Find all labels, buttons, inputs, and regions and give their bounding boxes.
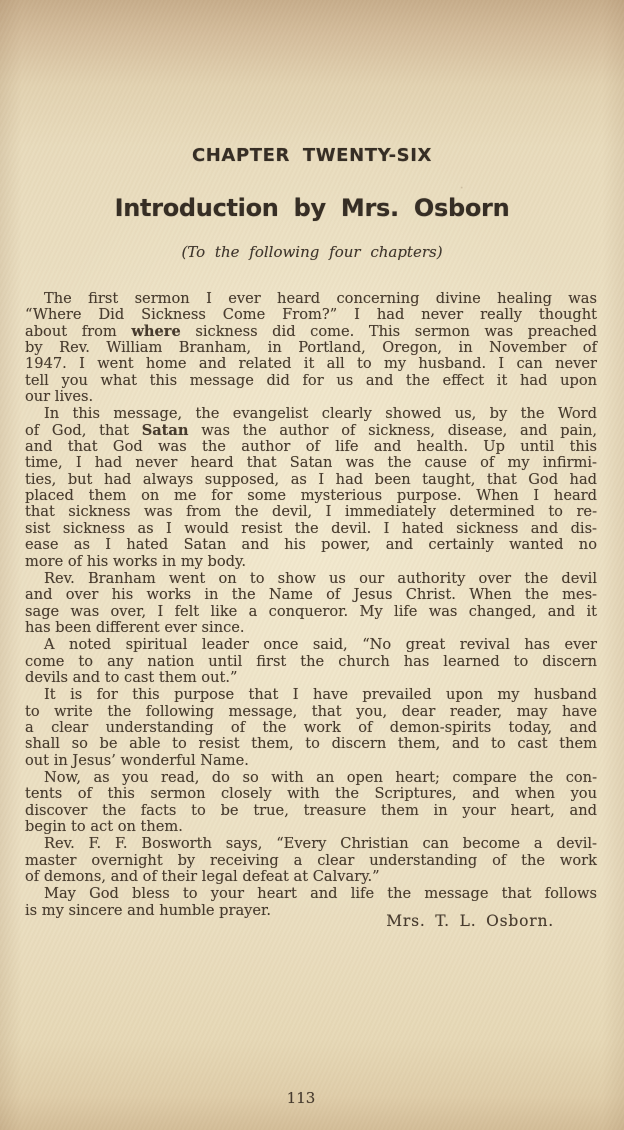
text-line: May God bless to your heart and life the… — [25, 886, 597, 902]
text-line: sage was over, I felt like a conqueror. … — [25, 604, 597, 620]
text-line: ease as I hated Satan and his power, and… — [25, 537, 597, 553]
page-number: 113 — [0, 1089, 613, 1107]
text-line: devils and to cast them out.” — [25, 670, 597, 686]
text-line: of God, that Satan was the author of sic… — [25, 423, 597, 439]
text-line: by Rev. William Branham, in Portland, Or… — [25, 340, 597, 356]
text-line: and over his works in the Name of Jesus … — [25, 587, 597, 603]
text-line: In this message, the evangelist clearly … — [25, 406, 597, 422]
text-line: discover the facts to be true, treasure … — [25, 803, 597, 819]
text-line: our lives. — [25, 389, 597, 405]
text-line: Now, as you read, do so with an open hea… — [25, 770, 597, 786]
paragraph: Rev. Branham went on to show us our auth… — [25, 571, 597, 636]
text-line: begin to act on them. — [25, 819, 597, 835]
text-line: come to any nation until first the churc… — [25, 654, 597, 670]
text-line: It is for this purpose that I have preva… — [25, 687, 597, 703]
text-line: tell you what this message did for us an… — [25, 373, 597, 389]
text-line: out in Jesus’ wonderful Name. — [25, 753, 597, 769]
signature: Mrs. T. L. Osborn. — [386, 912, 554, 930]
text-line: “Where Did Sickness Come From?” I had ne… — [25, 307, 597, 323]
text-line: about from where sickness did come. This… — [25, 324, 597, 340]
text-line: placed them on me for some mysterious pu… — [25, 488, 597, 504]
text-line: The first sermon I ever heard concerning… — [25, 291, 597, 307]
text-line: a clear understanding of the work of dem… — [25, 720, 597, 736]
text-line: Rev. Branham went on to show us our auth… — [25, 571, 597, 587]
paragraph: The first sermon I ever heard concerning… — [25, 291, 597, 405]
text-line: more of his works in my body. — [25, 554, 597, 570]
paragraph: It is for this purpose that I have preva… — [25, 687, 597, 769]
text-line: time, I had never heard that Satan was t… — [25, 455, 597, 471]
text-line: has been different ever since. — [25, 620, 597, 636]
book-page: CHAPTER TWENTY-SIX Introduction by Mrs. … — [0, 0, 624, 1130]
paragraph: A noted spiritual leader once said, “No … — [25, 637, 597, 686]
text-line: sist sickness as I would resist the devi… — [25, 521, 597, 537]
page-title: Introduction by Mrs. Osborn — [0, 194, 624, 222]
chapter-heading: CHAPTER TWENTY-SIX — [0, 145, 624, 166]
paragraph: Rev. F. F. Bosworth says, “Every Christi… — [25, 836, 597, 885]
paragraph: In this message, the evangelist clearly … — [25, 406, 597, 569]
text-line: master overnight by receiving a clear un… — [25, 853, 597, 869]
text-line: to write the following message, that you… — [25, 704, 597, 720]
paragraph: Now, as you read, do so with an open hea… — [25, 770, 597, 835]
subtitle: (To the following four chapters) — [0, 243, 624, 261]
text-line: Rev. F. F. Bosworth says, “Every Christi… — [25, 836, 597, 852]
text-line: 1947. I went home and related it all to … — [25, 356, 597, 372]
text-line: A noted spiritual leader once said, “No … — [25, 637, 597, 653]
text-line: shall so be able to resist them, to disc… — [25, 736, 597, 752]
text-line: ties, but had always supposed, as I had … — [25, 472, 597, 488]
text-line: that sickness was from the devil, I imme… — [25, 504, 597, 520]
body-text: The first sermon I ever heard concerning… — [25, 291, 597, 919]
text-line: of demons, and of their legal defeat at … — [25, 869, 597, 885]
text-line: tents of this sermon closely with the Sc… — [25, 786, 597, 802]
text-line: and that God was the author of life and … — [25, 439, 597, 455]
